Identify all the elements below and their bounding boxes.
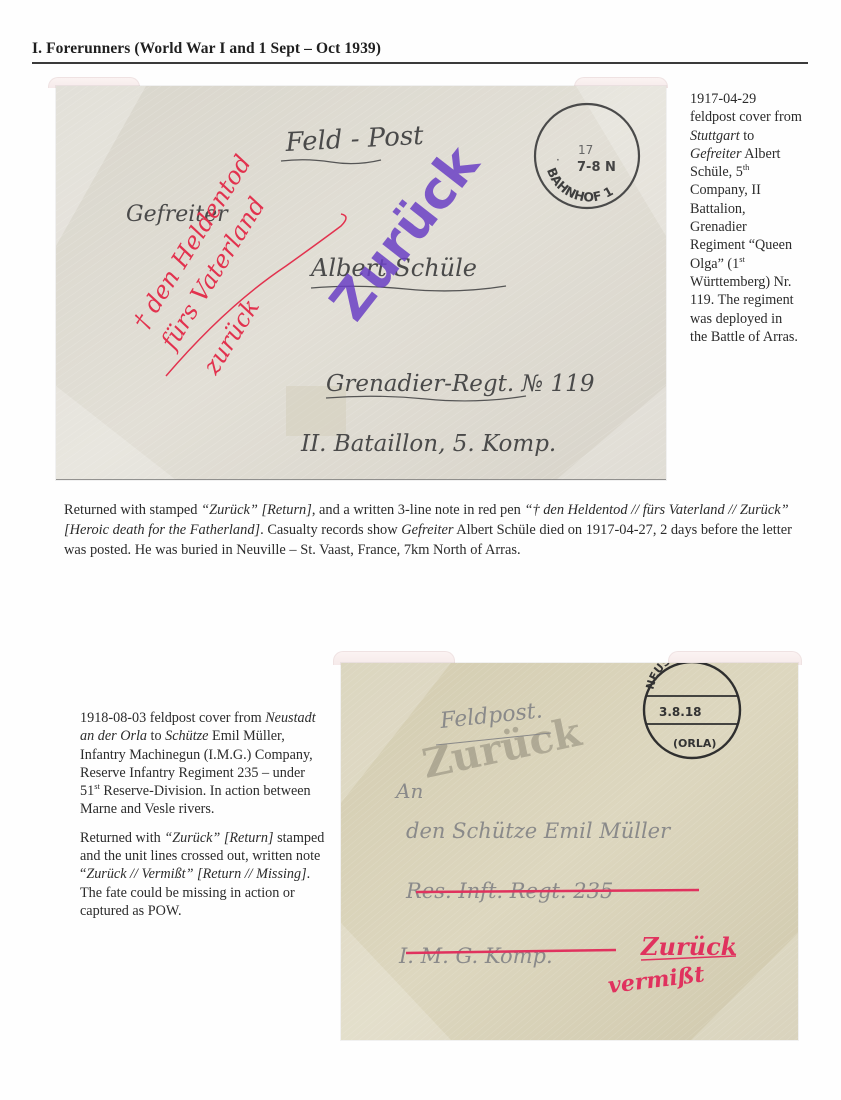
caption-description: 1918-08-03 feldpost cover from Neustadt … — [80, 709, 325, 819]
svg-text:3.8.18: 3.8.18 — [659, 705, 702, 719]
svg-text:II. Bataillon, 5. Komp.: II. Bataillon, 5. Komp. — [300, 431, 556, 457]
envelope-1917: · 7-8 N 17 BAHNHOF 1 Feld - Post Gefreit… — [56, 86, 666, 480]
svg-text:·: · — [556, 153, 560, 167]
title-divider — [32, 62, 808, 64]
cover-1917-side-caption: 1917-04-29 feldpost cover from Stuttgart… — [690, 90, 802, 346]
svg-text:17: 17 — [578, 143, 593, 157]
svg-text:I. M. G. Komp.: I. M. G. Komp. — [398, 944, 553, 968]
page-title: I. Forerunners (World War I and 1 Sept –… — [32, 40, 381, 58]
caption-return-note: Returned with “Zurück” [Return] stamped … — [80, 829, 325, 920]
svg-text:(ORLA): (ORLA) — [673, 737, 716, 750]
envelope-1918: 3.8.18 NEUSTADT (ORLA) Zurück Feldpost. … — [341, 663, 798, 1040]
cover-1918-side-caption: 1918-08-03 feldpost cover from Neustadt … — [80, 709, 325, 920]
svg-text:Grenadier-Regt. № 119: Grenadier-Regt. № 119 — [326, 371, 594, 397]
svg-text:7-8 N: 7-8 N — [577, 160, 616, 175]
svg-text:den Schütze Emil Müller: den Schütze Emil Müller — [406, 819, 672, 843]
cover-1917-bottom-caption: Returned with stamped “Zurück” [Return],… — [64, 500, 804, 560]
cover-1917-image: · 7-8 N 17 BAHNHOF 1 Feld - Post Gefreit… — [56, 86, 666, 480]
svg-text:An: An — [394, 779, 423, 803]
cover-1918-image: 3.8.18 NEUSTADT (ORLA) Zurück Feldpost. … — [341, 663, 798, 1040]
